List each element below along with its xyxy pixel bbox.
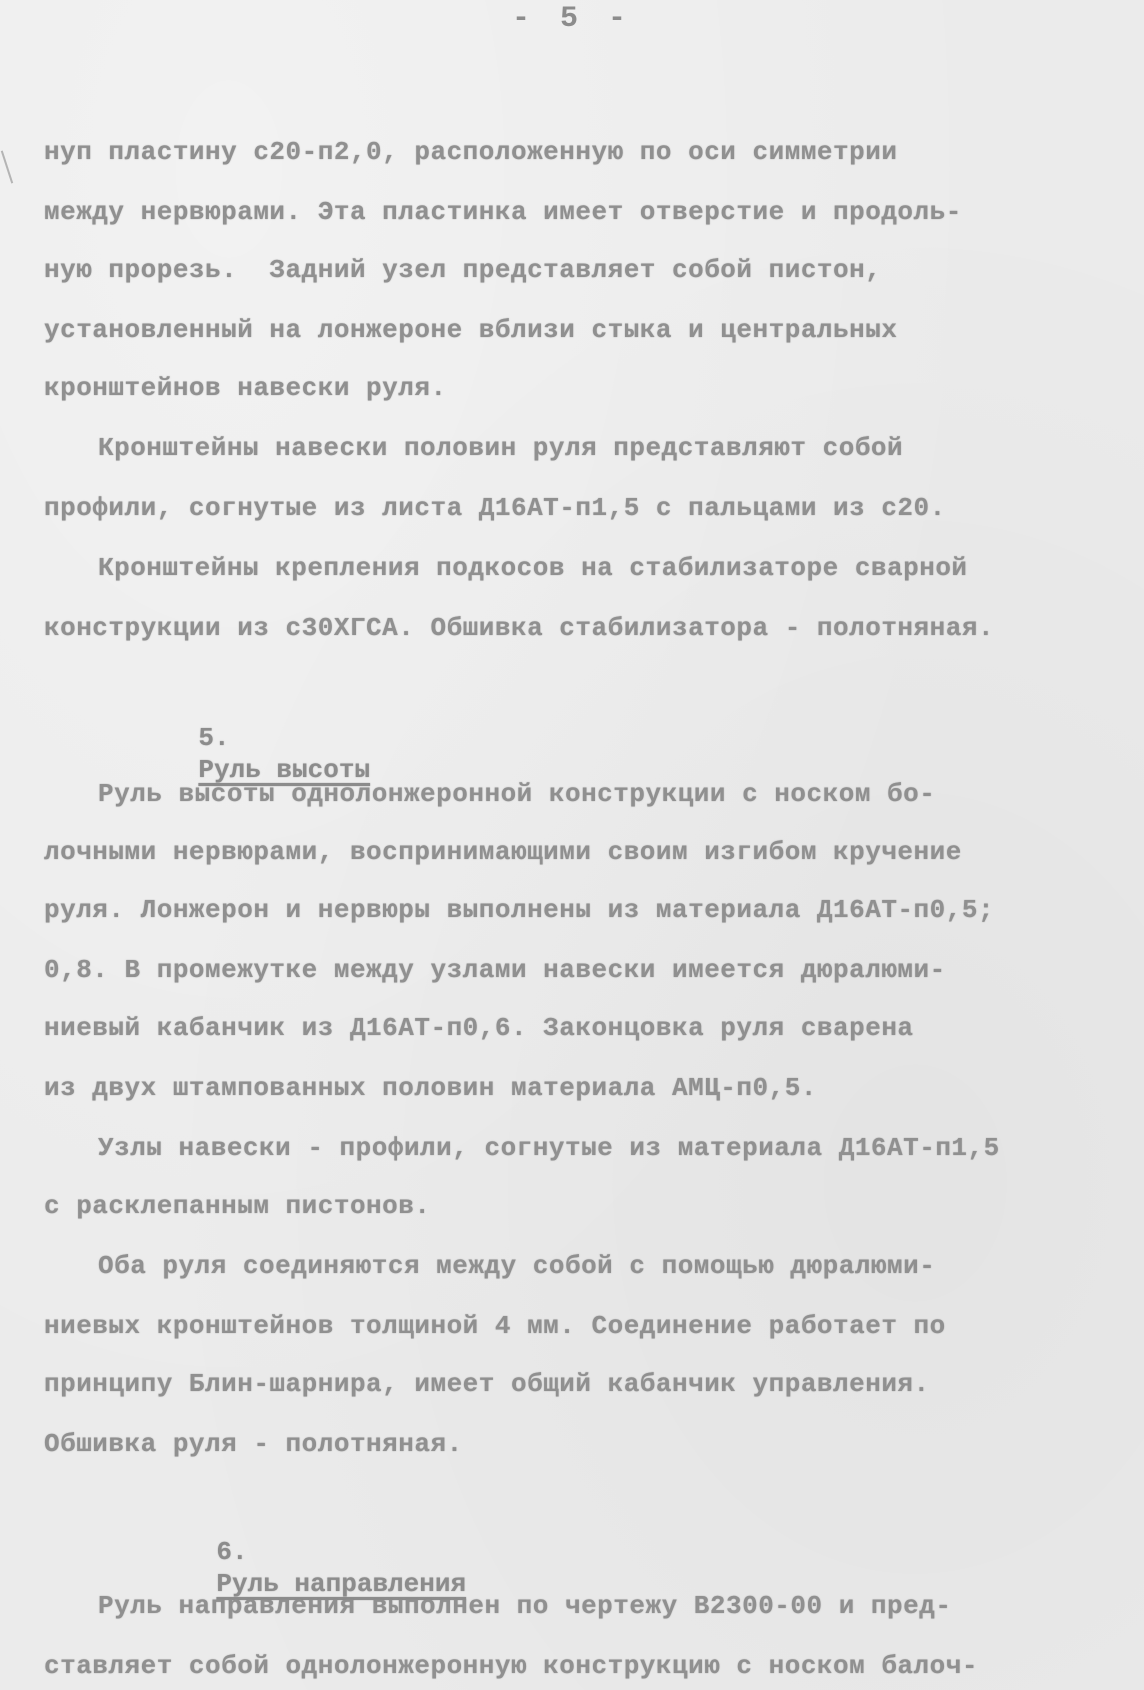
text-line: Узлы навески - профили, согнутые из мате… <box>98 1132 1000 1164</box>
text-line: кронштейнов навески руля. <box>44 372 447 404</box>
text-line: между нервюрами. Эта пластинка имеет отв… <box>44 196 962 228</box>
text-line: 0,8. В промежутке между узлами навески и… <box>44 954 946 986</box>
text-line: ную прорезь. Задний узел представляет со… <box>44 254 881 286</box>
section-number: 6. <box>216 1537 247 1567</box>
document-page: - 5 - нуп пластину с20-п2,0, расположенн… <box>0 0 1144 1690</box>
text-line: нуп пластину с20-п2,0, расположенную по … <box>44 136 897 168</box>
margin-mark <box>1 151 13 184</box>
text-line: Обшивка руля - полотняная. <box>44 1428 463 1460</box>
text-line: конструкции из с30ХГСА. Обшивка стабилиз… <box>44 612 994 644</box>
text-line: Кронштейны крепления подкосов на стабили… <box>98 552 968 584</box>
text-line: принципу Блин-шарнира, имеет общий кабан… <box>44 1368 930 1400</box>
page-number: - 5 - <box>0 2 1144 36</box>
text-line: профили, согнутые из листа Д16АТ-п1,5 с … <box>44 492 946 524</box>
text-line: лочными нервюрами, воспринимающими своим… <box>44 836 962 868</box>
text-line: Руль направления выполнен по чертежу В23… <box>98 1590 951 1622</box>
text-line: ставляет собой однолонжеронную конструкц… <box>44 1650 978 1682</box>
text-line: Кронштейны навески половин руля представ… <box>98 432 903 464</box>
text-line: Оба руля соединяются между собой с помощ… <box>98 1250 935 1282</box>
text-line: с расклепанным пистонов. <box>44 1190 430 1222</box>
text-line: установленный на лонжероне вблизи стыка … <box>44 314 897 346</box>
text-line: ниевых кронштейнов толщиной 4 мм. Соедин… <box>44 1310 946 1342</box>
text-line: из двух штампованных половин материала А… <box>44 1072 817 1104</box>
section-number: 5. <box>198 723 229 753</box>
text-line: ниевый кабанчик из Д16АТ-п0,6. Законцовк… <box>44 1012 914 1044</box>
text-line: руля. Лонжерон и нервюры выполнены из ма… <box>44 894 994 926</box>
text-line: Руль высоты однолонжеронной конструкции … <box>98 778 935 810</box>
